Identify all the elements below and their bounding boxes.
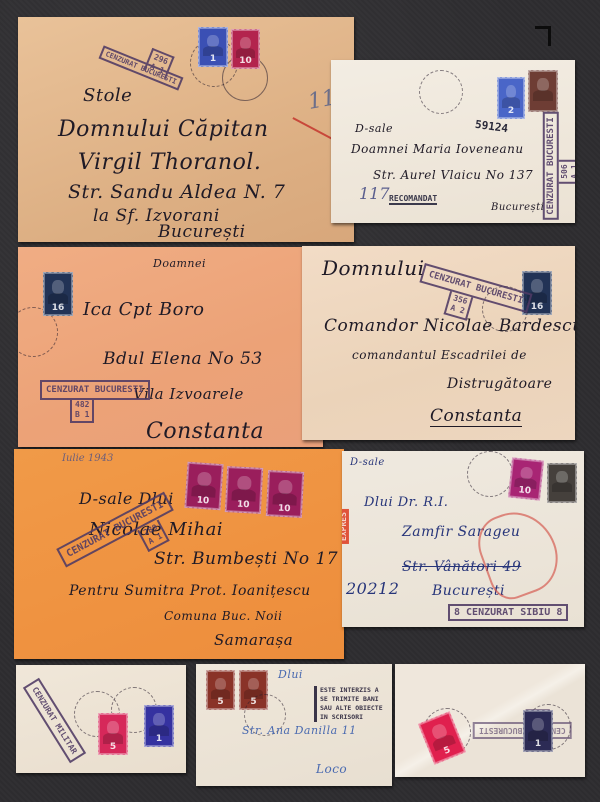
address-line: Comandor Nicolae Bardescu [324, 316, 575, 336]
address-line: Domnului Căpitan [58, 117, 269, 142]
address-line: Str. Ana Danilla 11 [242, 724, 357, 737]
stamp: 5 [98, 713, 128, 755]
postmark [467, 451, 513, 497]
stamp: 2 [497, 77, 525, 119]
address-line: Doamnei [153, 257, 206, 270]
address-line: Virgil Thoranol. [78, 150, 261, 175]
address-line: Doamnei Maria Ioveneanu [351, 142, 524, 156]
registration-label: RECOMANDAT [389, 194, 437, 205]
slogan-cancel: ESTE INTERZIS A SE TRIMITE BANI SAU ALTE… [314, 686, 383, 722]
registration-number: 20212 [346, 579, 399, 598]
address-line: Distrugătoare [447, 376, 552, 392]
stamp: 5 [206, 670, 235, 710]
address-line: Vila Izvoarele [133, 385, 244, 403]
stamp: 1 [198, 27, 228, 67]
address-line: Stole [83, 85, 132, 106]
cover-2: 2 59124 CENZURAT BUCURESTI 506A 1 D-sale… [331, 60, 575, 223]
stamp [547, 463, 577, 503]
censor-mark: CENZURAT BUCURESTI 356A 2 [419, 263, 532, 313]
address-line: Dlui Dr. R.I. [364, 495, 448, 510]
address-line: Dlui [278, 668, 303, 681]
expres-label: EXPRES [342, 509, 349, 544]
cover-7: CENZURAT MILITAR 5 1 [16, 665, 186, 773]
address-line: Samarașa [214, 631, 293, 649]
address-line: Str. Bumbești No 17 [154, 549, 338, 569]
address-line: Str. Aurel Vlaicu No 137 [373, 168, 533, 182]
censor-mark: CENZURAT BUCURESTI 296A 1 [99, 45, 184, 90]
stamp [528, 70, 558, 112]
address-line: comandantul Escadrilei de [352, 348, 527, 362]
stamp: 10 [508, 457, 544, 500]
address-line: Str. Sandu Aldea N. 7 [68, 181, 285, 203]
photo-corner-mount [535, 26, 551, 46]
registration-number: 59124 [474, 118, 509, 135]
address-line: D-sale [355, 122, 393, 135]
stamp: 1 [144, 705, 174, 747]
address-line: Comuna Buc. Noii [164, 609, 283, 623]
stamp: 1 [523, 710, 553, 752]
cover-5: Iulie 1943 10 10 10 D-sale Dlui Nicolae … [14, 449, 344, 659]
pencil-note: 117 [359, 184, 390, 203]
cover-1: 1 10 CENZURAT BUCURESTI 296A 1 Stole Dom… [18, 17, 354, 242]
address-line: D-sale [350, 457, 385, 468]
cover-6: EXPRES 10 D-sale Dlui Dr. R.I. Zamfir Sa… [342, 451, 584, 627]
stamp: 10 [225, 466, 263, 514]
postmark [419, 70, 463, 114]
address-line: Pentru Sumitra Prot. Ioanițescu [69, 583, 311, 599]
address-line: București [491, 202, 544, 213]
address-line: Constanta [146, 419, 264, 444]
address-line: Domnului [322, 256, 424, 280]
stamp: 10 [231, 29, 260, 69]
cover-3: 16 Doamnei Ica Cpt Boro Bdul Elena No 53… [18, 247, 323, 447]
cover-9: 5 CENZURAT BUCURESTI 356 1 [395, 664, 585, 777]
address-line: Ica Cpt Boro [83, 299, 204, 320]
address-line: Constanta [430, 406, 522, 427]
censor-mark: 8 CENZURAT SIBIU 8 [448, 604, 568, 621]
stamp: 16 [43, 272, 73, 316]
stamp: 10 [266, 470, 304, 518]
censor-mark: CENZURAT BUCURESTI 506A 1 [543, 112, 559, 220]
stamp: 5 [239, 670, 268, 710]
cover-8: 5 5 ESTE INTERZIS A SE TRIMITE BANI SAU … [196, 664, 392, 786]
address-line: București [158, 222, 246, 242]
date-note: Iulie 1943 [62, 453, 113, 464]
address-line: Bdul Elena No 53 [103, 349, 263, 369]
cover-4: 16 CENZURAT BUCURESTI 356A 2 Domnului Co… [302, 246, 575, 440]
address-line: Loco [316, 762, 347, 776]
stamp: 10 [184, 462, 223, 510]
censor-mark: CENZURAT BUCURESTI 482B 1 [40, 380, 150, 400]
